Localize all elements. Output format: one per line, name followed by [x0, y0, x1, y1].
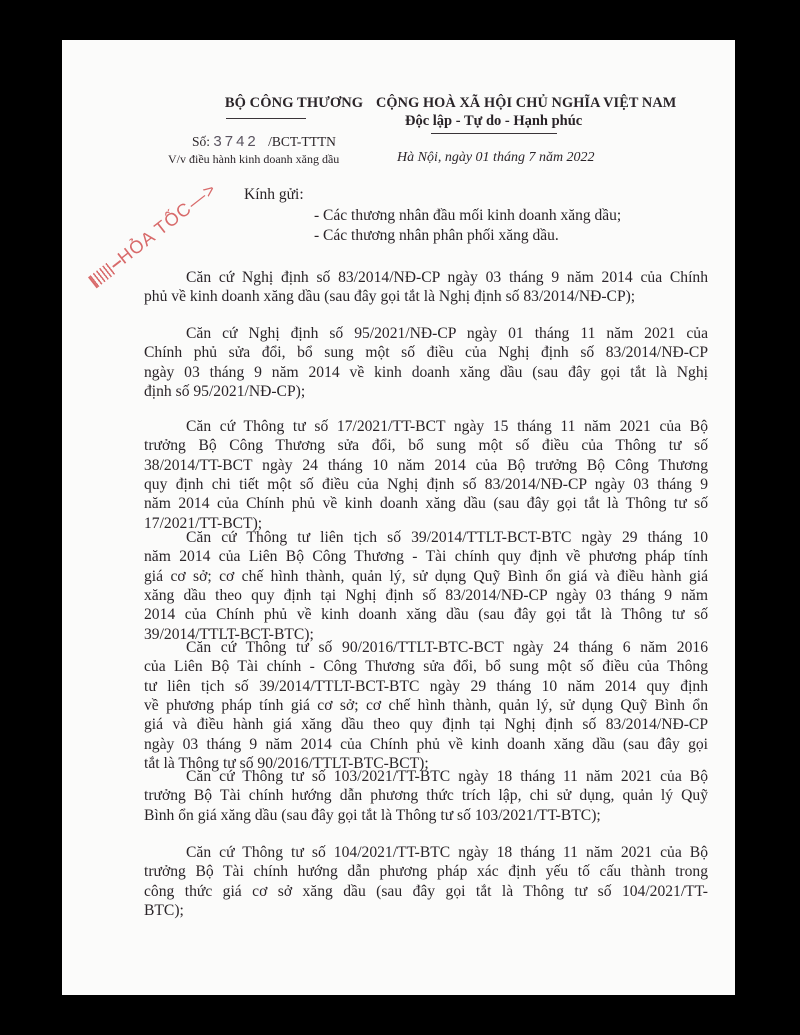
- paragraph-line: BTC);: [144, 901, 708, 920]
- stamp-text: HỎA TỐC: [114, 198, 195, 268]
- document-number: Số: 3742 /BCT-TTTN: [192, 133, 336, 150]
- paragraph-line: năm 2014 của Chính phủ về kinh doanh xăn…: [144, 494, 708, 513]
- paragraph-line: của Liên Bộ Tài chính - Công Thương sửa …: [144, 657, 708, 676]
- paragraph-line: phủ về kinh doanh xăng dầu (sau đây gọi …: [144, 287, 708, 306]
- paragraph-line: Căn cứ Thông tư liên tịch số 39/2014/TTL…: [186, 528, 708, 547]
- paragraph-line: 38/2014/TT-BCT ngày 24 tháng 10 năm 2014…: [144, 456, 708, 475]
- paragraph-line: 2014 của Chính phủ về kinh doanh xăng dầ…: [144, 605, 708, 624]
- paragraph-line: công thức giá cơ sở xăng dầu (sau đây gọ…: [144, 882, 708, 901]
- doc-no-label: Số:: [192, 134, 210, 149]
- ministry-name: BỘ CÔNG THƯƠNG: [189, 95, 399, 112]
- paragraph-line: Chính phủ sửa đổi, bổ sung một số điều c…: [144, 343, 708, 362]
- paragraph-line: ngày 03 tháng 9 năm 2014 của Chính phủ v…: [144, 735, 708, 754]
- place-and-date: Hà Nội, ngày 01 tháng 7 năm 2022: [397, 150, 595, 166]
- paragraph-line: giá cơ sở; cơ chế hình thành, quản lý, s…: [144, 567, 708, 586]
- doc-no-value: 3742: [213, 133, 258, 150]
- document-subject: V/v điều hành kinh doanh xăng dầu: [168, 152, 339, 167]
- paragraph-line: Căn cứ Thông tư số 90/2016/TTLT-BTC-BCT …: [186, 638, 708, 657]
- paragraph-line: ngày 03 tháng 9 năm 2014 về kinh doanh x…: [144, 363, 708, 382]
- paragraph-line: Căn cứ Thông tư số 17/2021/TT-BCT ngày 1…: [186, 417, 708, 436]
- paragraph-line: tư liên tịch số 39/2014/TTLT-BCT-BTC ngà…: [144, 677, 708, 696]
- paragraph-line: trưởng Bộ Công Thương sửa đổi, bổ sung m…: [144, 436, 708, 455]
- recipient-item: - Các thương nhân phân phối xăng dầu.: [314, 227, 559, 245]
- paragraph-line: xăng dầu theo quy định tại Nghị định số …: [144, 586, 708, 605]
- motto-underline: [431, 133, 557, 134]
- paragraph-line: quy định chi tiết một số điều của Nghị đ…: [144, 475, 708, 494]
- paragraph-line: trưởng Bộ Tài chính hướng dẫn phương phá…: [144, 862, 708, 881]
- recipients-label: Kính gửi:: [244, 186, 304, 204]
- paragraph-line: trưởng Bộ Tài chính hướng dẫn phương thứ…: [144, 786, 708, 805]
- paragraph-line: định số 95/2021/NĐ-CP);: [144, 382, 708, 401]
- paragraph-line: Căn cứ Nghị định số 83/2014/NĐ-CP ngày 0…: [186, 268, 708, 287]
- paragraph-line: Căn cứ Thông tư số 104/2021/TT-BTC ngày …: [186, 843, 708, 862]
- paragraph-line: giá và điều hành giá xăng dầu theo quy đ…: [144, 715, 708, 734]
- paragraph-line: Căn cứ Thông tư số 103/2021/TT-BTC ngày …: [186, 767, 708, 786]
- paragraph-line: về phương pháp tính giá cơ sở; cơ chế hì…: [144, 696, 708, 715]
- national-motto: Độc lập - Tự do - Hạnh phúc: [405, 113, 582, 130]
- doc-no-suffix: /BCT-TTTN: [268, 134, 336, 149]
- paragraph-line: năm 2014 của Liên Bộ Công Thương - Tài c…: [144, 547, 708, 566]
- recipient-item: - Các thương nhân đầu mối kinh doanh xăn…: [314, 207, 621, 225]
- arrow-feather-icon: [88, 263, 116, 289]
- issuer-block: BỘ CÔNG THƯƠNG: [189, 95, 399, 112]
- country-name: CỘNG HOÀ XÃ HỘI CHỦ NGHĨA VIỆT NAM: [376, 95, 676, 112]
- paragraph-line: Bình ổn giá xăng dầu (sau đây gọi tắt là…: [144, 806, 708, 825]
- ministry-underline: [226, 118, 306, 119]
- paragraph-line: Căn cứ Nghị định số 95/2021/NĐ-CP ngày 0…: [186, 324, 708, 343]
- document-page: BỘ CÔNG THƯƠNG Số: 3742 /BCT-TTTN V/v đi…: [62, 40, 735, 995]
